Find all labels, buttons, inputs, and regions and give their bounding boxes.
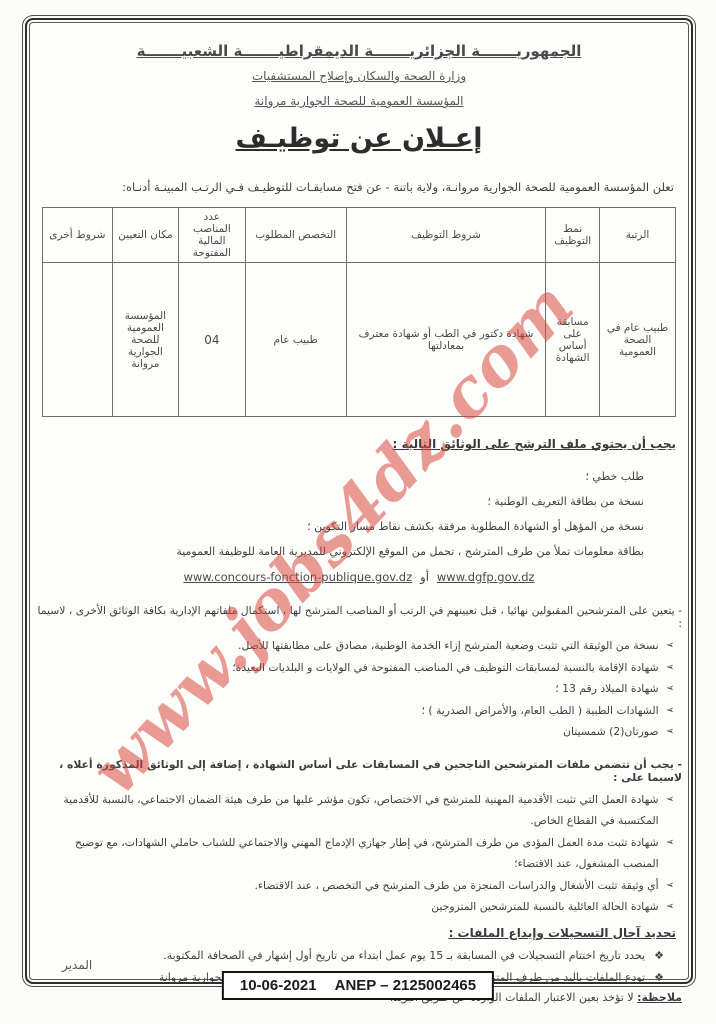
column-header-conditions: شروط التوظيف	[346, 208, 545, 263]
list-item-text: شهادة العمل التي تثبت الأقدمية المهنية ل…	[44, 789, 659, 832]
announcement-title: إعـلان عن توظيـف	[32, 123, 686, 154]
column-header-positions-count: عدد المناصب المالية المفتوحة	[179, 208, 245, 263]
arrow-bullet-icon: ➢	[666, 721, 674, 743]
list-item: ➢الشهادات الطبية ( الطب العام، والأمراض …	[44, 700, 674, 722]
list-item: ❖يحدد تاريخ اختتام التسجيلات في المسابقة…	[54, 945, 664, 968]
list-item: ➢شهادة الميلاد رقم 13 ؛	[44, 678, 674, 700]
doc-item: طلب خطي ؛	[74, 464, 644, 489]
deadlines-heading: تحديد آجال التسجيلات وإيداع الملفات :	[42, 926, 676, 940]
list-item-text: نسخة من الوثيقة التي تثبت وضعية المترشح …	[238, 635, 659, 657]
list-item: ➢شهادة تثبت مدة العمل المؤدى من طرف المت…	[44, 832, 674, 875]
column-header-specialty: التخصص المطلوب	[245, 208, 346, 263]
list-item-text: شهادة الإقامة بالنسبة لمسابقات التوظيف ف…	[232, 657, 658, 679]
arrow-bullet-icon: ➢	[666, 678, 674, 700]
stamp-ref: ANEP – 2125002465	[335, 977, 477, 994]
list-item-text: شهادة الحالة العائلية بالنسبة للمترشحين …	[431, 896, 658, 918]
institution-title: المؤسسة العمومية للصحة الجوارية مروانة	[32, 94, 686, 108]
arrow-bullet-icon: ➢	[666, 875, 674, 897]
republic-title: الجمهوريـــــــة الجزائريـــــــة الديمق…	[32, 42, 686, 60]
table-header-row: الرتبة نمط التوظيف شروط التوظيف التخصص ا…	[43, 208, 676, 263]
diamond-bullet-icon: ❖	[654, 967, 664, 990]
column-header-rank: الرتبة	[600, 208, 676, 263]
document-page: الجمهوريـــــــة الجزائريـــــــة الديمق…	[32, 24, 686, 1004]
doc-item: نسخة من بطاقة التعريف الوطنية ؛	[74, 489, 644, 514]
concours-link: www.concours-fonction-publique.gov.dz	[183, 570, 412, 584]
list-item-text: صورتان(2) شمسيتان	[563, 721, 659, 743]
document-header: الجمهوريـــــــة الجزائريـــــــة الديمق…	[32, 24, 686, 154]
column-header-recruitment-mode: نمط التوظيف	[546, 208, 600, 263]
arrow-bullet-icon: ➢	[666, 896, 674, 918]
list-item: ➢شهادة العمل التي تثبت الأقدمية المهنية …	[44, 789, 674, 832]
recruitment-table-wrap: الرتبة نمط التوظيف شروط التوظيف التخصص ا…	[42, 207, 676, 417]
list-item: ➢صورتان(2) شمسيتان	[44, 721, 674, 743]
cell-rank: طبيب عام في الصحة العمومية	[600, 263, 676, 417]
required-docs-list: طلب خطي ؛ نسخة من بطاقة التعريف الوطنية …	[74, 464, 644, 564]
doc-item: بطاقة معلومات تملأ من طرف المترشح ، تحمل…	[74, 539, 644, 564]
list-item: ➢أي وثيقة تثبت الأشغال والدراسات المنجزة…	[44, 875, 674, 897]
cell-location: المؤسسة العمومية للصحة الجوارية مروانة	[112, 263, 178, 417]
required-docs-heading: يجب أن يحتوي ملف الترشح على الوثائق التا…	[42, 437, 676, 451]
cell-recruitment-mode: مسابقة على أساس الشهادة	[546, 263, 600, 417]
accepted-candidates-paragraph: - يتعين على المترشحين المقبولين نهائيا ،…	[36, 604, 682, 630]
dgfp-link: www.dgfp.gov.dz	[437, 570, 535, 584]
list-item-text: الشهادات الطبية ( الطب العام، والأمراض ا…	[421, 700, 658, 722]
cell-positions-count: 04	[179, 263, 245, 417]
note-label: ملاحظة:	[637, 991, 682, 1004]
recruitment-table: الرتبة نمط التوظيف شروط التوظيف التخصص ا…	[42, 207, 676, 417]
list-item: ➢نسخة من الوثيقة التي تثبت وضعية المترشح…	[44, 635, 674, 657]
column-header-other-conditions: شروط أخرى	[43, 208, 113, 263]
column-header-location: مكان التعيين	[112, 208, 178, 263]
stamp-date: 10-06-2021	[240, 977, 317, 994]
links-conjunction: أو	[420, 570, 429, 584]
list-item-text: شهادة الميلاد رقم 13 ؛	[555, 678, 658, 700]
director-signature: المدير	[62, 958, 92, 972]
list-item: ➢شهادة الإقامة بالنسبة لمسابقات التوظيف …	[44, 657, 674, 679]
table-row: طبيب عام في الصحة العمومية مسابقة على أس…	[43, 263, 676, 417]
arrow-bullet-icon: ➢	[666, 657, 674, 679]
list-item: ➢شهادة الحالة العائلية بالنسبة للمترشحين…	[44, 896, 674, 918]
diamond-bullet-icon: ❖	[654, 945, 664, 968]
successful-candidates-paragraph: - يجب أن تتضمن ملفات المترشحين الناجحين …	[36, 758, 682, 784]
cell-conditions: شهادة دكتور في الطب أو شهادة معترف بمعاد…	[346, 263, 545, 417]
doc-item: نسخة من المؤهل أو الشهادة المطلوبة مرفقة…	[74, 514, 644, 539]
anep-stamp: 10-06-2021ANEP – 2125002465	[222, 971, 494, 1000]
list-item-text: أي وثيقة تثبت الأشغال والدراسات المنجزة …	[255, 875, 659, 897]
intro-paragraph: تعلن المؤسسة العمومية للصحة الجوارية مرو…	[44, 180, 674, 194]
ministry-title: وزارة الصحة والسكان وإصلاح المستشفيات	[32, 69, 686, 83]
successful-docs-list: ➢شهادة العمل التي تثبت الأقدمية المهنية …	[44, 789, 674, 918]
arrow-bullet-icon: ➢	[666, 700, 674, 722]
list-item-text: يحدد تاريخ اختتام التسجيلات في المسابقة …	[163, 945, 645, 968]
arrow-bullet-icon: ➢	[666, 635, 674, 657]
accepted-docs-list: ➢نسخة من الوثيقة التي تثبت وضعية المترشح…	[44, 635, 674, 743]
arrow-bullet-icon: ➢	[666, 832, 674, 854]
list-item-text: شهادة تثبت مدة العمل المؤدى من طرف المتر…	[44, 832, 659, 875]
website-links: www.dgfp.gov.dzأوwww.concours-fonction-p…	[32, 565, 686, 589]
cell-other-conditions	[43, 263, 113, 417]
arrow-bullet-icon: ➢	[666, 789, 674, 811]
cell-specialty: طبيب عام	[245, 263, 346, 417]
